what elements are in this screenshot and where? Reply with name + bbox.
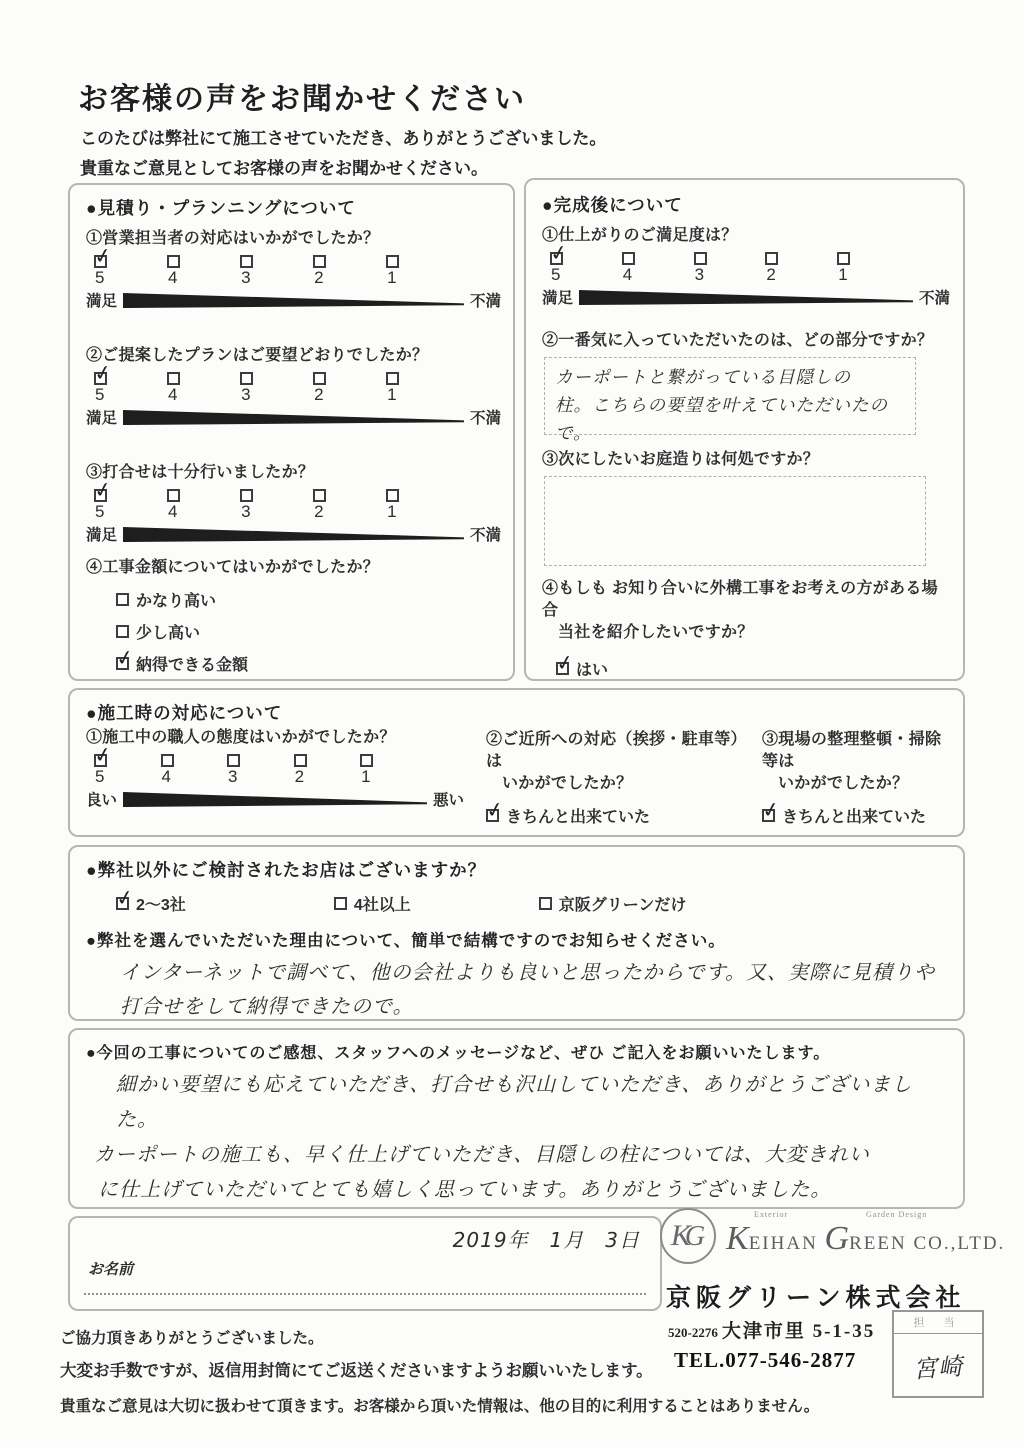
planning-q1-label: ①営業担当者の対応はいかがでしたか？ [86,228,497,250]
construction-q1-scale: 54321良い悪い [86,754,464,810]
scale-number: 2 [766,265,775,285]
handwritten-answer-line: 柱。こちらの要望を叶えていただいたので。 [555,392,905,448]
scale-number: 3 [695,265,704,285]
footer-notes: ご協力頂きありがとうございました。 大変お手数ですが、返信用封筒にてご返送くださ… [60,1326,980,1416]
completion-q1-scale: 54321満足不満 [542,252,950,308]
page-title: お客様の声をお聞かせください [78,74,526,118]
scale-right-label: 不満 [470,523,501,545]
scale-right-label: 不満 [470,289,501,311]
scale-option-1[interactable]: 1 [386,255,459,288]
scale-checkbox-1[interactable] [386,489,399,502]
handwritten-date: 2019年 1月 3日 [453,1224,640,1253]
scale-option-1[interactable]: 1 [386,489,459,522]
scale-checkbox-3[interactable] [240,372,253,385]
scale-checkbox-5[interactable] [94,372,107,385]
scale-option-4[interactable]: 4 [622,252,694,285]
scale-checkbox-3[interactable] [227,754,240,767]
construction-q3-options: きちんと出来ていた できていなかった [762,804,947,837]
checkbox-nattoku-kingaku[interactable] [116,657,129,670]
construction-q3: ③現場の整理整頓・掃除等は いかがでしたか？ きちんと出来ていた できていなかっ… [762,727,947,837]
scale-option-1[interactable]: 1 [837,252,909,285]
construction-q1: ①施工中の職人の態度はいかがでしたか？ 54321良い悪い [86,727,486,837]
scale-option-2[interactable]: 2 [765,252,837,285]
option-q2-dekinakatta[interactable]: できていなかった [486,836,762,837]
scale-checkbox-3[interactable] [694,252,707,265]
scale-left-label: 満足 [86,523,117,545]
completion-heading: ●完成後について [542,192,947,217]
planning-q3-scale: 54321満足不満 [86,489,501,545]
message-heading: ●今回の工事についてのご感想、スタッフへのメッセージなど、ぜひ ご記入をお願いい… [86,1040,947,1063]
scale-option-3[interactable]: 3 [240,372,313,405]
tagline-exterior: Exterior [754,1210,788,1219]
intro-line-1: このたびは弊社にて施工させていただき、ありがとうございました。 [80,124,606,154]
company-logo-row: KG Exterior Garden Design KEIHAN GREEN C… [660,1206,1012,1270]
scale-checkbox-4[interactable] [161,754,174,767]
satisfaction-wedge-bar [123,409,464,426]
scale-option-5[interactable]: 5 [94,255,167,288]
scale-option-5[interactable]: 5 [94,489,167,522]
scale-checkbox-4[interactable] [167,255,180,268]
scale-option-3[interactable]: 3 [240,255,313,288]
scale-number: 1 [387,385,396,405]
checkbox-q3-dekiteita[interactable] [762,809,775,822]
scale-option-2[interactable]: 2 [313,255,386,288]
comparison-heading: ●弊社以外にご検討されたお店はございますか？ [86,857,947,882]
scale-checkbox-2[interactable] [765,252,778,265]
construction-heading: ●施工時の対応について [86,700,947,725]
scale-number: 3 [241,385,250,405]
checkbox-q2-dekiteita[interactable] [486,809,499,822]
scale-option-4[interactable]: 4 [161,754,228,787]
handwritten-reason-line: 打合せをして納得できたので。 [120,989,947,1021]
planning-q2-label: ②ご提案したプランはご要望どおりでしたか？ [86,345,497,367]
scale-option-4[interactable]: 4 [167,489,240,522]
completion-q4-label: ④もしも お知り合いに外構工事をお考えの方がある場合 当社を紹介したいですか？ [542,578,947,644]
footer-line-1: ご協力頂きありがとうございました。 [60,1326,980,1348]
scale-checkbox-5[interactable] [94,489,107,502]
completion-q4-options: はい いいえ [556,657,947,681]
checkbox-4-sha-ijou[interactable] [334,897,347,910]
scale-number: 2 [314,502,323,522]
handwritten-reason-line: インターネットで調べて、他の会社よりも良いと思ったからです。又、実際に見積りや [120,955,947,989]
scale-number: 4 [168,385,177,405]
completion-q3-label: ③次にしたいお庭造りは何処ですか？ [542,449,947,471]
scale-number: 5 [95,268,104,288]
construction-q1-label: ①施工中の職人の態度はいかがでしたか？ [86,727,486,749]
scale-checkbox-5[interactable] [550,252,563,265]
reason-heading: ●弊社を選んでいただいた理由について、簡単で結構ですのでお知らせください。 [86,927,947,951]
satisfaction-wedge-bar [123,791,427,808]
scale-option-5[interactable]: 5 [94,372,167,405]
scale-checkbox-2[interactable] [313,255,326,268]
scale-left-label: 良い [86,788,117,810]
scale-option-2[interactable]: 2 [313,489,386,522]
scale-option-4[interactable]: 4 [167,255,240,288]
scale-checkbox-2[interactable] [294,754,307,767]
construction-q3-label: ③現場の整理整頓・掃除等は いかがでしたか？ [762,729,947,795]
scale-number: 3 [241,268,250,288]
completion-q2-label: ②一番気に入っていただいたのは、どの部分ですか？ [542,330,947,352]
checkbox-sukoshi-takai[interactable] [116,625,129,638]
reason-answer-area[interactable]: インターネットで調べて、他の会社よりも良いと思ったからです。又、実際に見積りや … [120,955,947,1021]
panel-signature: 2019年 1月 3日 お名前 [68,1216,662,1311]
scale-option-2[interactable]: 2 [313,372,386,405]
scale-number: 5 [551,265,560,285]
scale-option-4[interactable]: 4 [167,372,240,405]
scale-checkbox-4[interactable] [167,489,180,502]
scale-right-label: 不満 [919,286,950,308]
handwritten-answer-line: カーポートと繋がっている目隠しの [555,364,905,392]
scale-checkbox-2[interactable] [313,489,326,502]
scale-number: 2 [314,268,323,288]
scale-checkbox-1[interactable] [360,754,373,767]
scale-right-label: 不満 [470,406,501,428]
satisfaction-wedge-bar [123,292,464,309]
scale-checkbox-1[interactable] [386,372,399,385]
scale-option-1[interactable]: 1 [360,754,427,787]
panel-comparison: ●弊社以外にご検討されたお店はございますか？ 2～3社 4社以上 京阪グリーンだ… [68,845,965,1021]
construction-q2-options: きちんと出来ていた できていなかった [486,804,762,837]
intro-text: このたびは弊社にて施工させていただき、ありがとうございました。 貴重なご意見とし… [80,124,606,184]
checkbox-hai[interactable] [556,662,569,675]
checkbox-keihan-green-dake[interactable] [539,897,552,910]
scale-option-3[interactable]: 3 [227,754,294,787]
panel-construction: ●施工時の対応について ①施工中の職人の態度はいかがでしたか？ 54321良い悪… [68,688,965,837]
construction-q2-label: ②ご近所への対応（挨拶・駐車等）は いかがでしたか？ [486,729,762,795]
scale-option-2[interactable]: 2 [294,754,361,787]
scale-number: 4 [162,767,171,787]
scale-number: 5 [95,385,104,405]
completion-q2-answer-area[interactable]: カーポートと繋がっている目隠しの 柱。こちらの要望を叶えていただいたので。 [544,357,916,435]
option-q3-dekiteita[interactable]: きちんと出来ていた [762,804,947,827]
scale-left-label: 満足 [86,406,117,428]
kg-monogram-icon: KG [660,1208,716,1264]
scale-left-label: 満足 [542,286,573,308]
construction-q2: ②ご近所への対応（挨拶・駐車等）は いかがでしたか？ きちんと出来ていた できて… [486,727,762,837]
panel-planning: ●見積り・プランニングについて ①営業担当者の対応はいかがでしたか？ 54321… [68,183,515,681]
scale-number: 1 [387,502,396,522]
option-keihan-green-dake[interactable]: 京阪グリーンだけ [539,892,687,915]
footer-line-2: 大変お手数ですが、返信用封筒にてご返送くださいますようお願いいたします。 [60,1357,980,1381]
handwritten-message-line: に仕上げていただいてとても嬉しく思っています。ありがとうございました。 [98,1172,947,1207]
comparison-options: 2～3社 4社以上 京阪グリーンだけ [86,892,947,915]
option-nattoku-kingaku[interactable]: 納得できる金額 [116,652,497,675]
scale-number: 3 [228,767,237,787]
scale-left-label: 満足 [86,289,117,311]
scale-checkbox-4[interactable] [167,372,180,385]
option-sukoshi-takai[interactable]: 少し高い [116,620,497,643]
planning-q4-options: かなり高い 少し高い 納得できる金額 少し安かった [116,588,497,681]
planning-q1-scale: 54321満足不満 [86,255,501,311]
scale-number: 4 [168,502,177,522]
scale-number: 1 [838,265,847,285]
scale-checkbox-5[interactable] [94,754,107,767]
scale-option-3[interactable]: 3 [240,489,313,522]
scale-checkbox-5[interactable] [94,255,107,268]
scale-option-5[interactable]: 5 [550,252,622,285]
completion-q1-label: ①仕上がりのご満足度は？ [542,225,947,247]
scale-checkbox-3[interactable] [240,489,253,502]
company-name-english: Exterior Garden Design KEIHAN GREEN CO.,… [726,1220,1005,1258]
survey-document: お客様の声をお聞かせください このたびは弊社にて施工させていただき、ありがとうご… [0,0,1024,1448]
scale-number: 2 [295,767,304,787]
checkbox-kanari-takai[interactable] [116,593,129,606]
scale-number: 2 [314,385,323,405]
footer-line-3: 貴重なご意見は大切に扱わせて頂きます。お客様から頂いた情報は、他の目的に利用する… [60,1394,980,1416]
scale-checkbox-2[interactable] [313,372,326,385]
scale-option-1[interactable]: 1 [386,372,459,405]
scale-checkbox-1[interactable] [386,255,399,268]
option-kanari-takai[interactable]: かなり高い [116,588,497,611]
panel-message: ●今回の工事についてのご感想、スタッフへのメッセージなど、ぜひ ご記入をお願いい… [68,1028,965,1209]
handwritten-message-line: 細かい要望にも応えていただき、打合せも沢山していただき、ありがとうございました。 [116,1067,947,1137]
scale-checkbox-4[interactable] [622,252,635,265]
scale-number: 5 [95,502,104,522]
scale-number: 4 [623,265,632,285]
scale-number: 1 [387,268,396,288]
handwritten-message-line: カーポートの施工も、早く仕上げていただき、目隠しの柱については、大変きれい [94,1137,947,1172]
checkbox-2-3-sha[interactable] [116,897,129,910]
scale-checkbox-3[interactable] [240,255,253,268]
scale-checkbox-1[interactable] [837,252,850,265]
scale-option-3[interactable]: 3 [694,252,766,285]
scale-number: 5 [95,767,104,787]
planning-heading: ●見積り・プランニングについて [86,195,497,220]
option-4-sha-ijou[interactable]: 4社以上 [334,892,411,915]
company-name-japanese: 京阪グリーン株式会社 [666,1278,966,1314]
scale-right-label: 悪い [433,788,464,810]
satisfaction-wedge-bar [579,289,913,306]
tagline-garden-design: Garden Design [866,1210,927,1219]
option-q2-dekiteita[interactable]: きちんと出来ていた [486,804,762,827]
planning-q2-scale: 54321満足不満 [86,372,501,428]
scale-option-5[interactable]: 5 [94,754,161,787]
option-q3-dekinakatta[interactable]: できていなかった [762,836,947,837]
option-hai[interactable]: はい [556,657,947,680]
satisfaction-wedge-bar [123,526,464,543]
message-answer-area[interactable]: 細かい要望にも応えていただき、打合せも沢山していただき、ありがとうございました。… [86,1067,947,1209]
planning-q4-label: ④工事金額についてはいかがでしたか？ [86,557,497,579]
scale-number: 1 [361,767,370,787]
option-2-3-sha[interactable]: 2～3社 [116,892,186,915]
panel-completion: ●完成後について ①仕上がりのご満足度は？ 54321満足不満 ②一番気に入って… [524,178,965,681]
planning-q3-label: ③打合せは十分行いましたか？ [86,462,497,484]
scale-number: 4 [168,268,177,288]
name-label: お名前 [88,1258,133,1279]
completion-q3-answer-area[interactable] [544,476,926,566]
scale-number: 3 [241,502,250,522]
name-input-line[interactable] [84,1293,646,1295]
